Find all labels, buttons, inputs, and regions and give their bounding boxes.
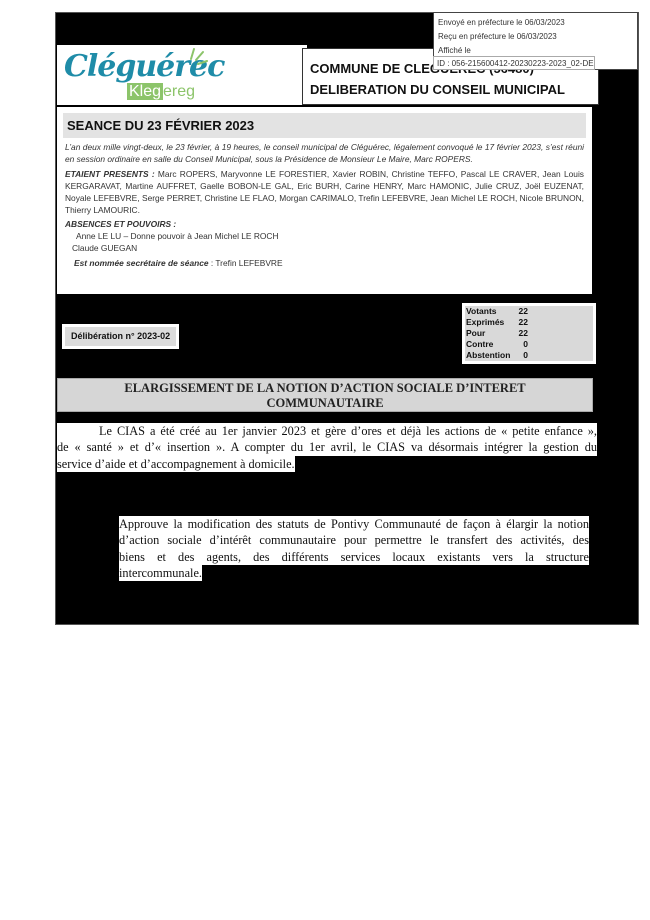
seance-intro: L’an deux mille vingt-deux, le 23 févrie…: [63, 141, 586, 165]
absence-item: Claude GUEGAN: [65, 242, 584, 254]
commune-logo: Cléguérec Klegereg: [57, 45, 307, 105]
paragraph-line: intercommunale.: [119, 565, 202, 581]
vote-value: 22: [514, 317, 528, 328]
paragraph-line: Approuve la modification des statuts de …: [119, 516, 589, 532]
seance-section: SEANCE DU 23 FÉVRIER 2023 L’an deux mill…: [57, 107, 592, 294]
vote-label: Pour: [466, 328, 514, 339]
stamp-id: ID : 056-215600412-20230223-2023_02-DE: [433, 56, 595, 70]
vote-value: 0: [514, 339, 528, 350]
paragraph-line: biens et des agents, des différents serv…: [119, 549, 589, 565]
vote-row: Exprimés22: [466, 317, 593, 328]
paragraph-line: service d’aide et d’accompagnement à dom…: [57, 456, 295, 472]
vote-row: Votants22: [466, 306, 593, 317]
vote-list: Votants22Exprimés22Pour22Contre0Abstenti…: [465, 306, 593, 361]
stamp-received: Reçu en préfecture le 06/03/2023: [438, 30, 637, 44]
document-type: DELIBERATION DU CONSEIL MUNICIPAL: [310, 79, 598, 100]
context-paragraph: Le CIAS a été créé au 1er janvier 2023 e…: [57, 423, 597, 472]
paragraph-line: Le CIAS a été créé au 1er janvier 2023 e…: [57, 423, 597, 439]
paragraph-line: d’action sociale d’intérêt communautaire…: [119, 532, 589, 548]
deliberation-number: Délibération n° 2023-02: [65, 327, 176, 346]
vote-row: Pour22: [466, 328, 593, 339]
absences: ABSENCES ET POUVOIRS : Anne LE LU – Donn…: [63, 218, 586, 254]
stamp-sent: Envoyé en préfecture le 06/03/2023: [438, 16, 637, 30]
secretary: Est nommée secrétaire de séance : Trefin…: [63, 257, 586, 269]
vote-value: 0: [514, 350, 528, 361]
vote-row: Abstention0: [466, 350, 593, 361]
logo-breton-name: Klegereg: [127, 83, 195, 101]
paragraph-line: de « santé » et d’« insertion ». A compt…: [57, 439, 597, 455]
attendees: ETAIENT PRESENTS : Marc ROPERS, Maryvonn…: [63, 168, 586, 216]
vote-label: Contre: [466, 339, 514, 350]
vote-label: Exprimés: [466, 317, 514, 328]
vote-value: 22: [514, 306, 528, 317]
decision-paragraph: Approuve la modification des statuts de …: [119, 516, 589, 581]
logo-rays-icon: [185, 47, 209, 65]
vote-results: Votants22Exprimés22Pour22Contre0Abstenti…: [462, 303, 596, 364]
deliberation-number-box: Délibération n° 2023-02: [62, 324, 179, 349]
seance-title: SEANCE DU 23 FÉVRIER 2023: [63, 113, 586, 138]
absence-item: Anne LE LU – Donne pouvoir à Jean Michel…: [65, 230, 584, 242]
vote-value: 22: [514, 328, 528, 339]
resolution-heading: ELARGISSEMENT DE LA NOTION D’ACTION SOCI…: [57, 378, 593, 412]
vote-label: Votants: [466, 306, 514, 317]
vote-row: Contre0: [466, 339, 593, 350]
vote-label: Abstention: [466, 350, 514, 361]
